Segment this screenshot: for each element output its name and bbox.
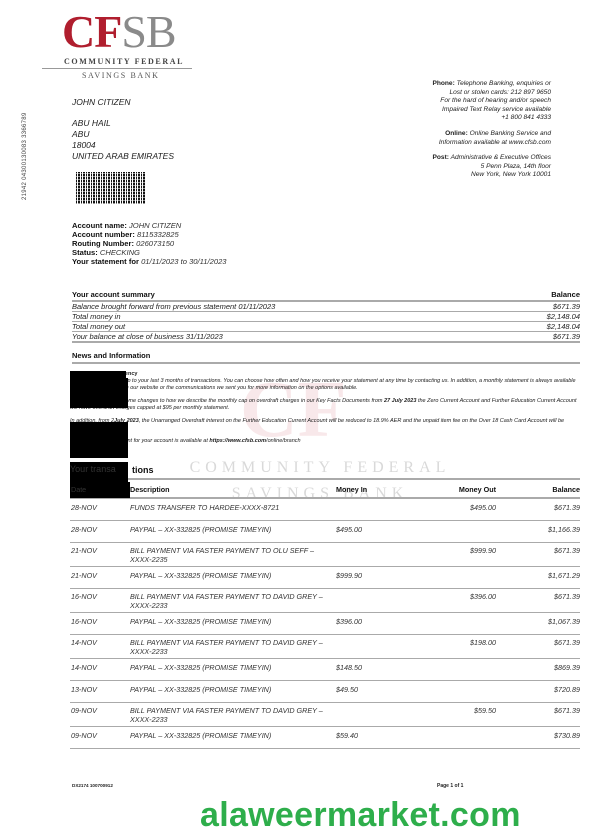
cell-desc: PAYPAL – XX-332825 (PROMISE TIMEYIN) (130, 525, 330, 542)
contact-online: Online: Online Banking Service and Infor… (351, 130, 551, 147)
cell-bal: $730.89 (496, 731, 580, 748)
cell-in (330, 706, 398, 726)
table-row: 14-NOVPAYPAL – XX-332825 (PROMISE TIMEYI… (70, 659, 580, 681)
cell-in (330, 592, 398, 612)
table-row: 21-NOVPAYPAL – XX-332825 (PROMISE TIMEYI… (70, 567, 580, 589)
news-paragraph: In addition, from 2July 2023, the Unarra… (70, 418, 582, 432)
logo-line1: COMMUNITY FEDERAL (62, 57, 202, 66)
cell-in: $148.50 (330, 663, 398, 680)
cell-date: 13-NOV (70, 685, 130, 702)
cell-out (398, 571, 496, 588)
cell-date: 28-NOV (70, 503, 130, 520)
cell-desc: PAYPAL – XX-332825 (PROMISE TIMEYIN) (130, 663, 330, 680)
cell-out: $999.90 (398, 546, 496, 566)
summary-row: Balance brought forward from previous st… (72, 302, 580, 312)
cell-out (398, 663, 496, 680)
cell-desc: BILL PAYMENT VIA FASTER PAYMENT TO DAVID… (130, 706, 330, 726)
side-reference-code: 21942 04300130083 3366789 (22, 112, 28, 200)
redaction-block (70, 422, 128, 458)
cell-date: 09-NOV (70, 731, 130, 748)
cell-date: 16-NOV (70, 617, 130, 634)
address-line: ABU (72, 129, 174, 140)
routing-number: 026073150 (136, 239, 174, 248)
news-heading: Your statement frequency (70, 371, 582, 378)
cell-out: $495.00 (398, 503, 496, 520)
cell-date: 28-NOV (70, 525, 130, 542)
table-row: 13-NOVPAYPAL – XX-332825 (PROMISE TIMEYI… (70, 681, 580, 703)
cell-date: 14-NOV (70, 663, 130, 680)
news-paragraph: The statement covers up to your last 3 m… (70, 378, 582, 392)
cell-out (398, 685, 496, 702)
news-content: Your statement frequency The statement c… (70, 371, 582, 451)
table-header: Date Description Money In Money Out Bala… (70, 482, 580, 499)
cell-desc: PAYPAL – XX-332825 (PROMISE TIMEYIN) (130, 571, 330, 588)
table-row: 09-NOVBILL PAYMENT VIA FASTER PAYMENT TO… (70, 703, 580, 727)
account-number: 8115332825 (137, 230, 179, 239)
cell-in: $999.90 (330, 571, 398, 588)
cell-bal: $1,166.39 (496, 525, 580, 542)
account-details: Account name: JOHN CITIZEN Account numbe… (72, 221, 227, 266)
contact-post: Post: Administrative & Executive Offices… (351, 154, 551, 180)
news-section-title: News and Information (72, 351, 580, 364)
cell-date: 14-NOV (70, 638, 130, 658)
summary-row: Total money in$2,148.04 (72, 312, 580, 322)
address-line: UNITED ARAB EMIRATES (72, 151, 174, 162)
cell-in: $396.00 (330, 617, 398, 634)
cell-in: $49.50 (330, 685, 398, 702)
cell-desc: PAYPAL – XX-332825 (PROMISE TIMEYIN) (130, 731, 330, 748)
bank-logo: CFSB COMMUNITY FEDERAL SAVINGS BANK (62, 12, 202, 80)
cell-desc: BILL PAYMENT VIA FASTER PAYMENT TO OLU S… (130, 546, 330, 566)
news-paragraph: The Key Facts Document for your account … (70, 438, 582, 445)
logo-line2: SAVINGS BANK (62, 71, 202, 80)
cell-desc: FUNDS TRANSFER TO HARDEE-XXXX-8721 (130, 503, 330, 520)
statement-period: 01/11/2023 to 30/11/2023 (141, 257, 226, 266)
cell-bal: $671.39 (496, 592, 580, 612)
cell-out (398, 731, 496, 748)
cell-bal: $671.39 (496, 638, 580, 658)
cell-bal: $869.39 (496, 663, 580, 680)
cell-desc: BILL PAYMENT VIA FASTER PAYMENT TO DAVID… (130, 592, 330, 612)
cell-bal: $671.39 (496, 546, 580, 566)
account-status: CHECKING (100, 248, 140, 257)
document-reference: DX2174 100700912 (72, 783, 113, 788)
table-row: 14-NOVBILL PAYMENT VIA FASTER PAYMENT TO… (70, 635, 580, 659)
cell-desc: PAYPAL – XX-332825 (PROMISE TIMEYIN) (130, 617, 330, 634)
postal-barcode (76, 172, 146, 204)
account-name: JOHN CITIZEN (129, 221, 181, 230)
cell-out: $59.50 (398, 706, 496, 726)
table-row: 09-NOVPAYPAL – XX-332825 (PROMISE TIMEYI… (70, 727, 580, 749)
recipient-address: JOHN CITIZEN ABU HAIL ABU 18004 UNITED A… (72, 97, 174, 162)
summary-header: Your account summary Balance (72, 290, 580, 302)
cell-date: 21-NOV (70, 546, 130, 566)
cell-in: $495.00 (330, 525, 398, 542)
cell-out: $396.00 (398, 592, 496, 612)
summary-row: Your balance at close of business 31/11/… (72, 332, 580, 343)
cell-bal: $1,671.29 (496, 571, 580, 588)
cell-desc: PAYPAL – XX-332825 (PROMISE TIMEYIN) (130, 685, 330, 702)
table-body: 28-NOVFUNDS TRANSFER TO HARDEE-XXXX-8721… (70, 499, 580, 749)
table-row: 21-NOVBILL PAYMENT VIA FASTER PAYMENT TO… (70, 543, 580, 567)
cell-desc: BILL PAYMENT VIA FASTER PAYMENT TO DAVID… (130, 638, 330, 658)
cell-date: 09-NOV (70, 706, 130, 726)
address-line: 18004 (72, 140, 174, 151)
page-number: Page 1 of 1 (437, 783, 463, 789)
cell-bal: $720.89 (496, 685, 580, 702)
cell-out (398, 617, 496, 634)
cell-date: 16-NOV (70, 592, 130, 612)
cell-out (398, 525, 496, 542)
cell-out: $198.00 (398, 638, 496, 658)
cell-bal: $671.39 (496, 503, 580, 520)
recipient-name: JOHN CITIZEN (72, 97, 174, 108)
summary-row: Total money out$2,148.04 (72, 322, 580, 332)
cell-bal: $671.39 (496, 706, 580, 726)
transactions-title: Your transa tions (72, 462, 580, 480)
cell-bal: $1,067.39 (496, 617, 580, 634)
contact-phone: Phone: Telephone Banking, enquiries or L… (351, 80, 551, 123)
cell-in (330, 503, 398, 520)
logo-divider (42, 68, 192, 69)
cell-in: $59.40 (330, 731, 398, 748)
transactions-table: Date Description Money In Money Out Bala… (70, 482, 580, 749)
cell-date: 21-NOV (70, 571, 130, 588)
table-row: 28-NOVPAYPAL – XX-332825 (PROMISE TIMEYI… (70, 521, 580, 543)
table-row: 28-NOVFUNDS TRANSFER TO HARDEE-XXXX-8721… (70, 499, 580, 521)
table-row: 16-NOVPAYPAL – XX-332825 (PROMISE TIMEYI… (70, 613, 580, 635)
account-summary: Your account summary Balance Balance bro… (72, 290, 580, 343)
bank-contact-info: Phone: Telephone Banking, enquiries or L… (351, 80, 551, 187)
logo-mark: CFSB (62, 12, 202, 52)
table-row: 16-NOVBILL PAYMENT VIA FASTER PAYMENT TO… (70, 589, 580, 613)
news-paragraph: We've recently made some changes to how … (70, 398, 582, 412)
redaction-block (70, 378, 128, 408)
site-watermark: alaweermarket.com (200, 796, 521, 835)
cell-in (330, 546, 398, 566)
cell-in (330, 638, 398, 658)
address-line: ABU HAIL (72, 118, 174, 129)
